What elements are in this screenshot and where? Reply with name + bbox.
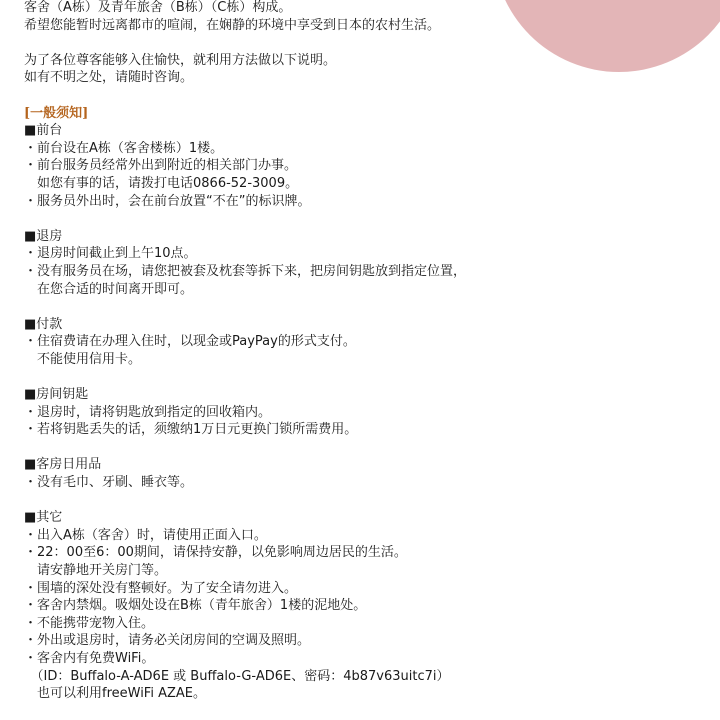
intro-line: 客舍（A栋）及青年旅舍（B栋）（C栋）构成。 bbox=[24, 0, 704, 17]
section-title: ■其它 bbox=[24, 509, 704, 527]
list-item: ・没有毛巾、牙刷、睡衣等。 bbox=[24, 474, 704, 492]
list-item: ・外出或退房时，请务必关闭房间的空调及照明。 bbox=[24, 632, 704, 650]
list-item: 在您合适的时间离开即可。 bbox=[24, 281, 704, 299]
list-item: ・住宿费请在办理入住时，以现金或PayPay的形式支付。 bbox=[24, 333, 704, 351]
list-item: ・出入A栋（客舍）时，请使用正面入口。 bbox=[24, 527, 704, 545]
list-item: 如您有事的话，请拨打电话0866-52-3009。 bbox=[24, 175, 704, 193]
list-item: ・客舍内禁烟。吸烟处设在B栋（青年旅舍）1楼的泥地处。 bbox=[24, 597, 704, 615]
list-item: 请安静地开关房门等。 bbox=[24, 562, 704, 580]
section-title: ■付款 bbox=[24, 316, 704, 334]
section-payment: ■付款 ・住宿费请在办理入住时，以现金或PayPay的形式支付。 不能使用信用卡… bbox=[24, 316, 704, 369]
intro-line: 为了各位尊客能够入住愉快，就利用方法做以下说明。 bbox=[24, 52, 704, 70]
section-amenities: ■客房日用品 ・没有毛巾、牙刷、睡衣等。 bbox=[24, 456, 704, 491]
list-item: ・前台服务员经常外出到附近的相关部门办事。 bbox=[24, 157, 704, 175]
section-room-key: ■房间钥匙 ・退房时，请将钥匙放到指定的回收箱内。 ・若将钥匙丢失的话，须缴纳1… bbox=[24, 386, 704, 439]
section-title: ■前台 bbox=[24, 122, 704, 140]
list-item: ・22：00至6：00期间，请保持安静，以免影响周边居民的生活。 bbox=[24, 544, 704, 562]
list-item: ・没有服务员在场，请您把被套及枕套等拆下来，把房间钥匙放到指定位置， bbox=[24, 263, 704, 281]
intro-line: 希望您能暂时远离都市的喧闹，在娴静的环境中享受到日本的农村生活。 bbox=[24, 17, 704, 35]
list-item: ・若将钥匙丢失的话，须缴纳1万日元更换门锁所需费用。 bbox=[24, 421, 704, 439]
list-item: ・不能携带宠物入住。 bbox=[24, 615, 704, 633]
list-item: 不能使用信用卡。 bbox=[24, 351, 704, 369]
list-item: ・围墙的深处没有整顿好。为了安全请勿进入。 bbox=[24, 580, 704, 598]
document-body: 客舍（A栋）及青年旅舍（B栋）（C栋）构成。 希望您能暂时远离都市的喧闹，在娴静… bbox=[24, 0, 704, 703]
section-checkout: ■退房 ・退房时间截止到上午10点。 ・没有服务员在场，请您把被套及枕套等拆下来… bbox=[24, 228, 704, 298]
wifi-credentials: （ID：Buffalo-A-AD6E 或 Buffalo-G-AD6E、密码：4… bbox=[24, 668, 704, 686]
section-heading: [一般须知] bbox=[24, 105, 704, 123]
intro-line: 如有不明之处，请随时咨询。 bbox=[24, 69, 704, 87]
list-item: 也可以利用freeWiFi AZAE。 bbox=[24, 685, 704, 703]
section-title: ■客房日用品 bbox=[24, 456, 704, 474]
list-item: ・客舍内有免费WiFi。 bbox=[24, 650, 704, 668]
list-item: ・退房时，请将钥匙放到指定的回收箱内。 bbox=[24, 404, 704, 422]
section-front-desk: ■前台 ・前台设在A栋（客舍楼栋）1楼。 ・前台服务员经常外出到附近的相关部门办… bbox=[24, 122, 704, 210]
list-item: ・服务员外出时，会在前台放置“不在”的标识牌。 bbox=[24, 193, 704, 211]
list-item: ・前台设在A栋（客舍楼栋）1楼。 bbox=[24, 140, 704, 158]
section-other: ■其它 ・出入A栋（客舍）时，请使用正面入口。 ・22：00至6：00期间，请保… bbox=[24, 509, 704, 703]
list-item: ・退房时间截止到上午10点。 bbox=[24, 245, 704, 263]
section-title: ■房间钥匙 bbox=[24, 386, 704, 404]
section-title: ■退房 bbox=[24, 228, 704, 246]
